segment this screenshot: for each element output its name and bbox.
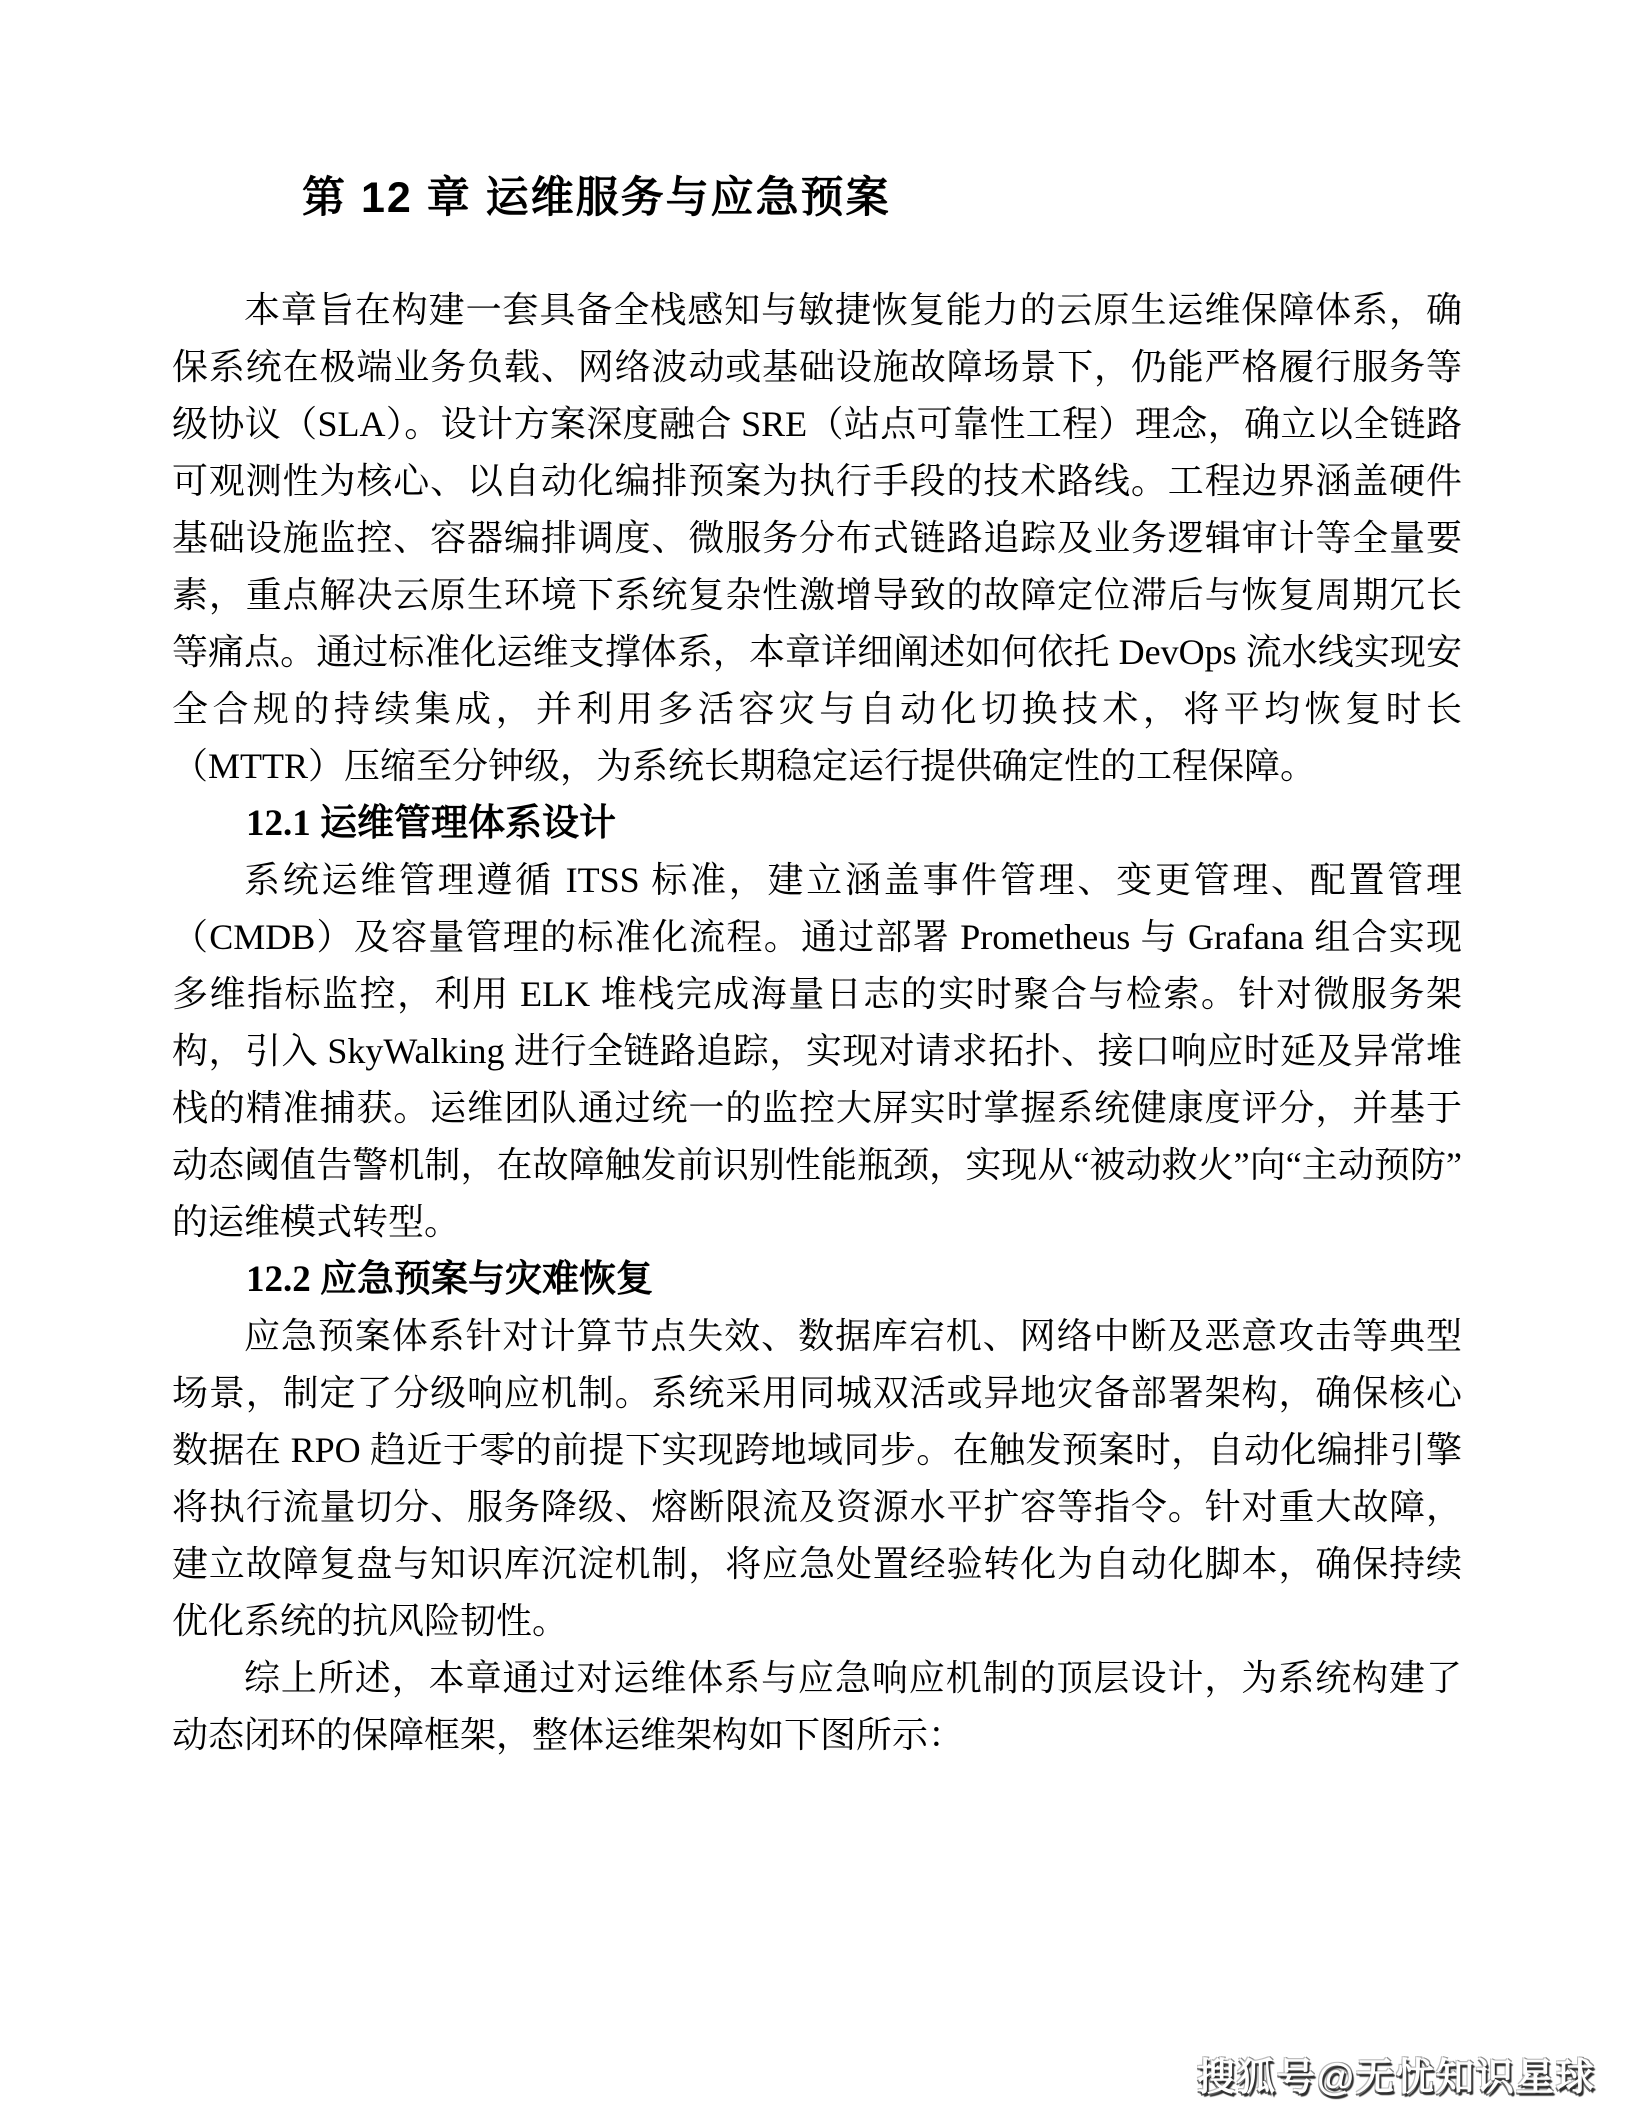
document-page: 第 12 章 运维服务与应急预案 本章旨在构建一套具备全栈感知与敏捷恢复能力的云… bbox=[0, 0, 1632, 2112]
section-12-1-paragraph: 系统运维管理遵循 ITSS 标准，建立涵盖事件管理、变更管理、配置管理（CMDB… bbox=[172, 852, 1462, 1251]
intro-paragraph: 本章旨在构建一套具备全栈感知与敏捷恢复能力的云原生运维保障体系，确保系统在极端业… bbox=[172, 282, 1462, 795]
section-12-2-paragraph: 应急预案体系针对计算节点失效、数据库宕机、网络中断及恶意攻击等典型场景，制定了分… bbox=[172, 1308, 1462, 1650]
page-content: 第 12 章 运维服务与应急预案 本章旨在构建一套具备全栈感知与敏捷恢复能力的云… bbox=[172, 0, 1462, 1764]
watermark: 搜狐号@无忧知识星球 bbox=[1197, 2056, 1596, 2100]
section-heading-12-1: 12.1 运维管理体系设计 bbox=[172, 795, 1462, 852]
section-heading-12-2: 12.2 应急预案与灾难恢复 bbox=[172, 1251, 1462, 1308]
closing-paragraph: 综上所述，本章通过对运维体系与应急响应机制的顶层设计，为系统构建了动态闭环的保障… bbox=[172, 1650, 1462, 1764]
chapter-title: 第 12 章 运维服务与应急预案 bbox=[302, 172, 1462, 224]
